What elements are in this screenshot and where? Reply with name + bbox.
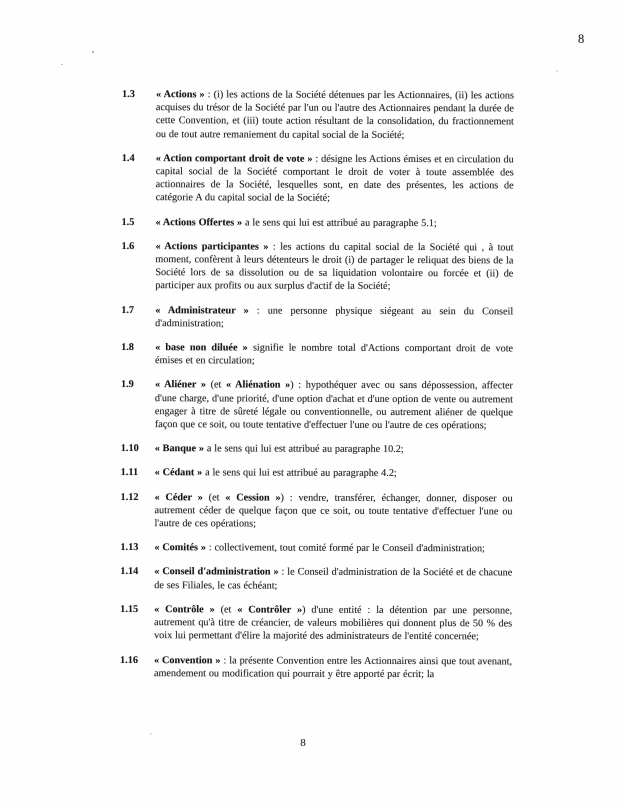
definition-number: 1.7 bbox=[121, 304, 155, 331]
definition-number: 1.11 bbox=[121, 466, 155, 479]
defined-term: « Administrateur » bbox=[155, 305, 249, 316]
defined-term: « Actions Offertes » bbox=[156, 217, 243, 228]
definition-text: « Actions » : (i) les actions de la Soci… bbox=[156, 88, 514, 142]
definition-item: 1.7« Administrateur » : une personne phy… bbox=[121, 304, 513, 332]
footer-page-number: 8 bbox=[288, 737, 318, 749]
definition-text: « Conseil d'administration » : le Consei… bbox=[154, 566, 512, 594]
definition-number: 1.6 bbox=[121, 240, 155, 293]
defined-term: « Comités » bbox=[154, 542, 206, 553]
definition-item: 1.12« Céder » (et « Cession ») : vendre,… bbox=[120, 491, 512, 532]
definition-item: 1.10« Banque » a le sens qui lui est att… bbox=[121, 442, 513, 457]
definition-item: 1.5« Actions Offertes » a le sens qui lu… bbox=[122, 216, 514, 231]
definition-number: 1.10 bbox=[121, 442, 155, 455]
definition-text: « Contrôle » (et « Contrôler ») d'une en… bbox=[154, 603, 512, 644]
definition-text: « Administrateur » : une personne physiq… bbox=[155, 304, 513, 332]
definition-item: 1.11« Cédant » a le sens qui lui est att… bbox=[121, 466, 513, 481]
definition-text: « Aliéner » (et « Aliénation ») : hypoth… bbox=[155, 379, 513, 433]
definition-number: 1.16 bbox=[120, 653, 154, 680]
definition-item: 1.3« Actions » : (i) les actions de la S… bbox=[122, 88, 514, 142]
definition-text: « Convention » : la présente Convention … bbox=[154, 654, 512, 682]
defined-term: « Céder » bbox=[155, 492, 203, 503]
definition-text: « Céder » (et « Cession ») : vendre, tra… bbox=[154, 491, 512, 532]
defined-term: « Action comportant droit de vote » bbox=[156, 153, 313, 165]
defined-term: « Aliéner » bbox=[155, 380, 206, 391]
definition-number: 1.9 bbox=[121, 378, 155, 431]
definition-item: 1.16« Convention » : la présente Convent… bbox=[120, 653, 512, 681]
defined-term: « Cédant » bbox=[155, 468, 203, 479]
defined-term: « Contrôle » bbox=[154, 604, 215, 615]
definition-text: « Comités » : collectivement, tout comit… bbox=[154, 541, 512, 555]
defined-term: « Convention » bbox=[154, 655, 221, 666]
definition-item: 1.6« Actions participantes » : les actio… bbox=[121, 240, 513, 294]
definition-number: 1.13 bbox=[120, 541, 154, 554]
definition-text: « Actions participantes » : les actions … bbox=[155, 240, 513, 294]
definition-item: 1.9« Aliéner » (et « Aliénation ») : hyp… bbox=[121, 378, 513, 432]
definitions-list: 1.3« Actions » : (i) les actions de la S… bbox=[120, 88, 514, 692]
definition-number: 1.8 bbox=[121, 341, 155, 368]
definition-text: « Banque » a le sens qui lui est attribu… bbox=[155, 442, 513, 456]
definition-text: « Actions Offertes » a le sens qui lui e… bbox=[156, 216, 514, 230]
definition-item: 1.4« Action comportant droit de vote » :… bbox=[122, 152, 514, 206]
definition-item: 1.14« Conseil d'administration » : le Co… bbox=[120, 565, 512, 593]
definition-number: 1.12 bbox=[120, 491, 154, 531]
defined-term: « Contrôler » bbox=[237, 604, 302, 615]
scan-artifact bbox=[556, 70, 558, 72]
scanned-document-page: { "page": { "header_page_number": "8", "… bbox=[0, 0, 624, 806]
definition-number: 1.4 bbox=[122, 152, 156, 205]
definition-number: 1.3 bbox=[122, 88, 156, 141]
definition-item: 1.13« Comités » : collectivement, tout c… bbox=[120, 541, 512, 556]
scan-artifact bbox=[150, 733, 152, 735]
defined-term: « Cession » bbox=[225, 492, 280, 503]
scan-artifact bbox=[92, 51, 94, 53]
defined-term: « Banque » bbox=[155, 443, 204, 454]
definition-number: 1.14 bbox=[120, 565, 154, 592]
definition-text: « base non diluée » signifie le nombre t… bbox=[155, 341, 513, 369]
defined-term: « Aliénation » bbox=[226, 380, 290, 391]
header-page-number: 8 bbox=[578, 32, 584, 47]
defined-term: « base non diluée » bbox=[155, 342, 248, 353]
scan-artifact bbox=[61, 64, 63, 65]
defined-term: « Actions participantes » bbox=[155, 241, 268, 252]
definition-item: 1.8« base non diluée » signifie le nombr… bbox=[121, 341, 513, 369]
definition-number: 1.5 bbox=[122, 216, 156, 229]
defined-term: « Conseil d'administration » bbox=[154, 567, 278, 578]
definition-text: « Action comportant droit de vote » : dé… bbox=[156, 152, 514, 206]
definition-item: 1.15« Contrôle » (et « Contrôler ») d'un… bbox=[120, 603, 512, 644]
defined-term: « Actions » bbox=[156, 89, 205, 100]
definition-number: 1.15 bbox=[120, 603, 154, 643]
definition-text: « Cédant » a le sens qui lui est attribu… bbox=[155, 467, 513, 481]
